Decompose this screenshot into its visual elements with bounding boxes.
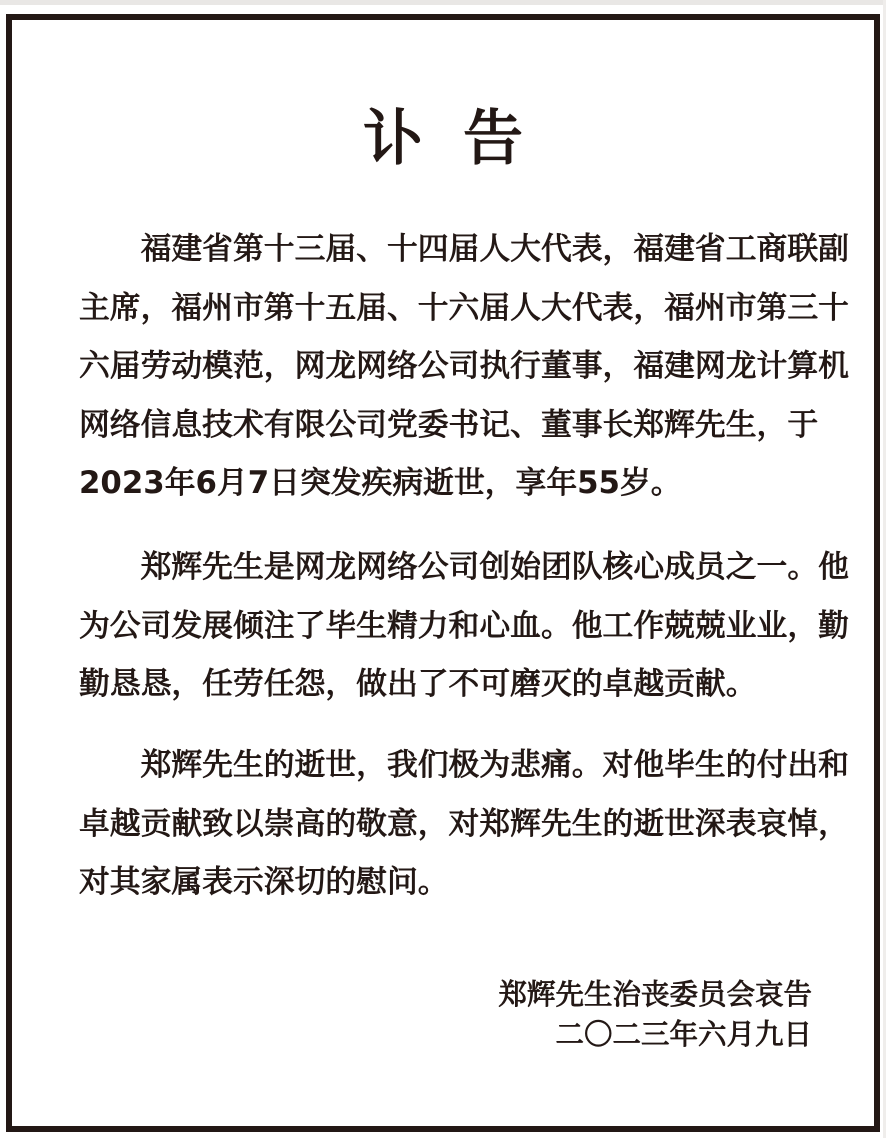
page-title: 讣告	[12, 104, 874, 174]
signature-date: 二〇二三年六月九日	[498, 1015, 812, 1055]
paragraph-line: 网络信息技术有限公司党委书记、董事长郑辉先生，于	[79, 396, 819, 455]
paragraph-line: 2023年6月7日突发疾病逝世，享年55岁。	[79, 454, 819, 513]
paragraph-line: 主席，福州市第十五届、十六届人大代表，福州市第三十	[79, 279, 819, 338]
paragraph-line: 福建省第十三届、十四届人大代表，福建省工商联副	[79, 220, 819, 279]
signature-block: 郑辉先生治丧委员会哀告 二〇二三年六月九日	[498, 975, 812, 1055]
paragraph-line: 郑辉先生是网龙网络公司创始团队核心成员之一。他	[79, 538, 819, 597]
paragraph-line: 郑辉先生的逝世，我们极为悲痛。对他毕生的付出和	[79, 736, 819, 795]
obituary-frame: 讣告 福建省第十三届、十四届人大代表，福建省工商联副 主席，福州市第十五届、十六…	[6, 14, 880, 1132]
paragraph-2: 郑辉先生是网龙网络公司创始团队核心成员之一。他 为公司发展倾注了毕生精力和心血。…	[79, 538, 819, 714]
paragraph-line: 为公司发展倾注了毕生精力和心血。他工作兢兢业业，勤	[79, 597, 819, 656]
paragraph-1: 福建省第十三届、十四届人大代表，福建省工商联副 主席，福州市第十五届、十六届人大…	[79, 220, 819, 513]
paragraph-line: 对其家属表示深切的慰问。	[79, 853, 819, 912]
paragraph-3: 郑辉先生的逝世，我们极为悲痛。对他毕生的付出和 卓越贡献致以崇高的敬意，对郑辉先…	[79, 736, 819, 912]
signature-issuer: 郑辉先生治丧委员会哀告	[498, 975, 812, 1015]
top-gray-strip	[0, 0, 886, 5]
paragraph-line: 勤恳恳，任劳任怨，做出了不可磨灭的卓越贡献。	[79, 655, 819, 714]
paragraph-line: 六届劳动模范，网龙网络公司执行董事，福建网龙计算机	[79, 337, 819, 396]
paragraph-line: 卓越贡献致以崇高的敬意，对郑辉先生的逝世深表哀悼，	[79, 795, 819, 854]
